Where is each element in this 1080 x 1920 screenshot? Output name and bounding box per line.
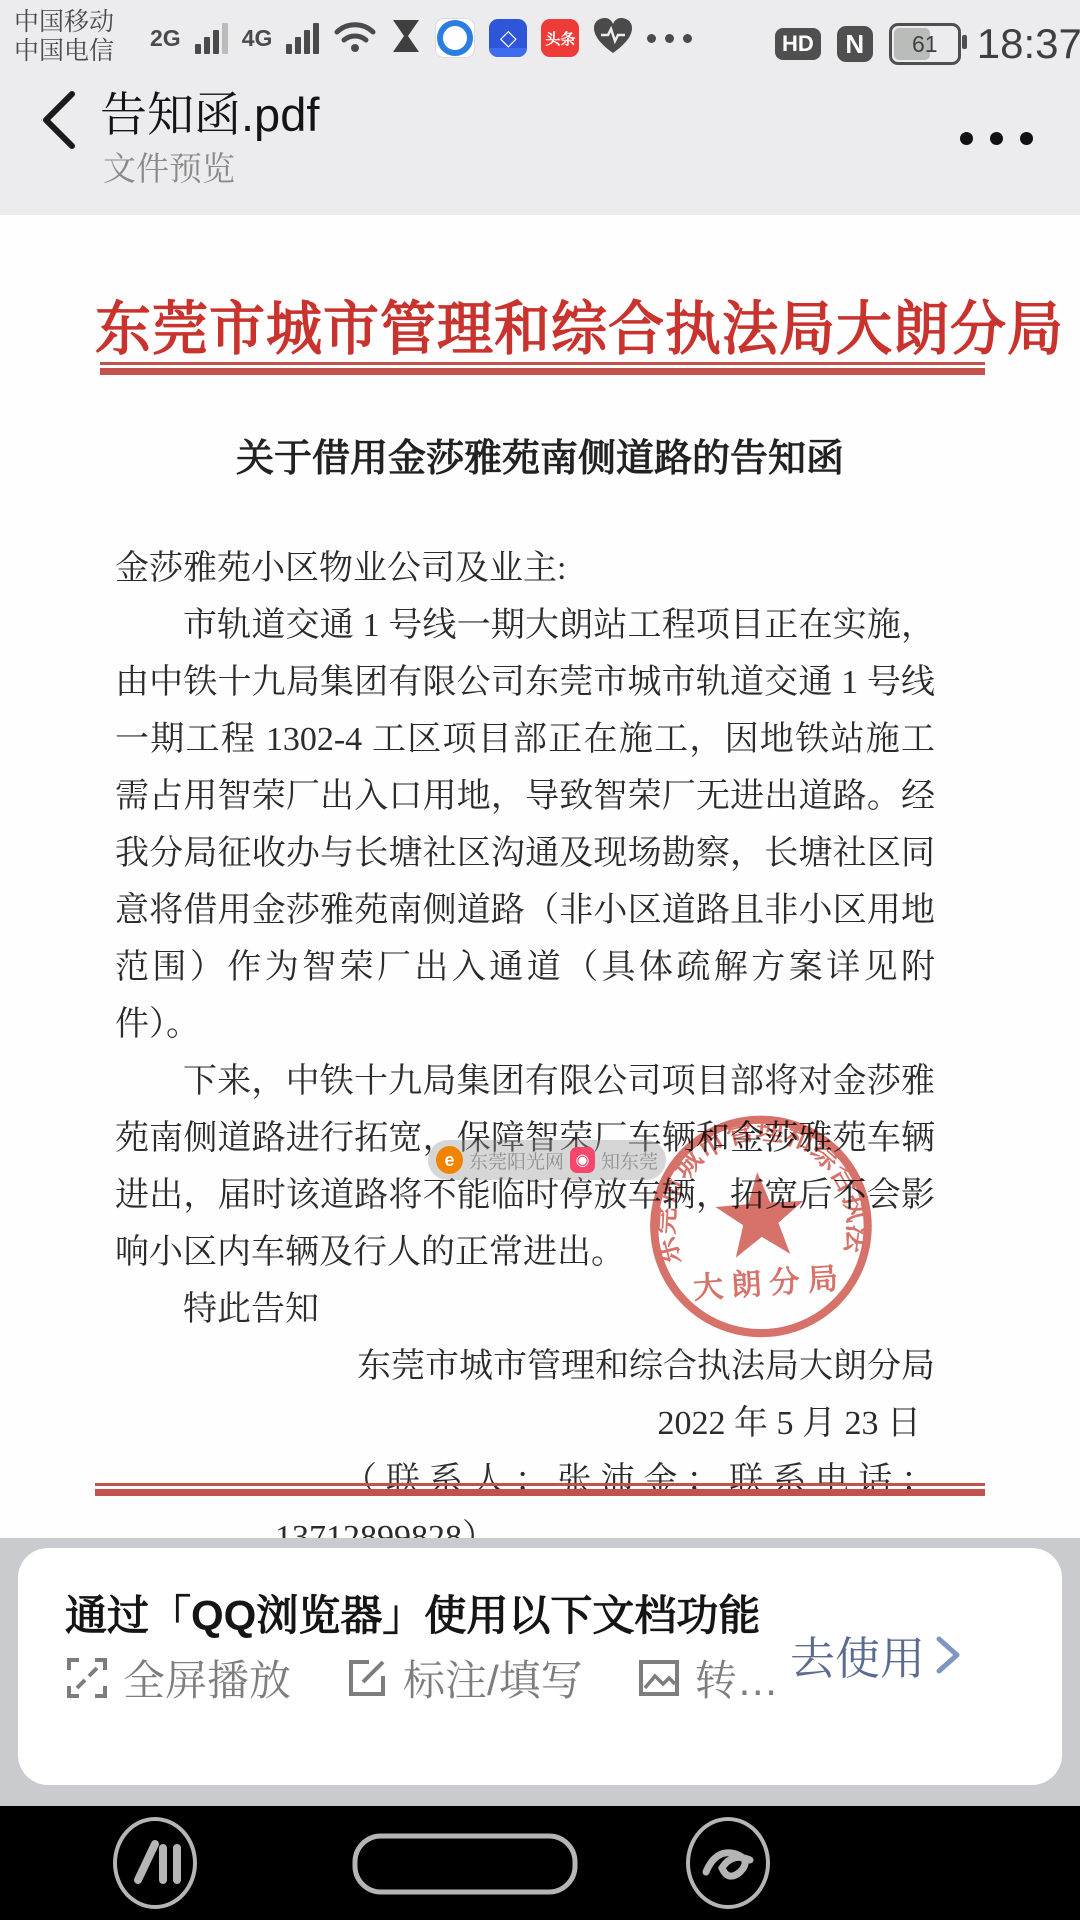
- signature-line: 东莞市城市管理和综合执法局大朗分局: [115, 1338, 935, 1395]
- nfc-icon: N: [837, 26, 873, 62]
- footer-divider-line: [95, 1483, 985, 1486]
- watermark-brand-1: 东莞阳光网: [469, 1147, 564, 1174]
- more-status-apps-icon: [647, 34, 692, 43]
- hourglass-icon: [391, 18, 421, 59]
- nav-recents-button[interactable]: [115, 1819, 195, 1907]
- convert-label: 转…: [695, 1648, 779, 1708]
- go-use-button[interactable]: 去使用: [790, 1622, 961, 1687]
- hd-voice-icon: HD: [775, 28, 821, 60]
- zhidongguan-eye-icon: ◉: [570, 1147, 595, 1173]
- paragraph-1: 市轨道交通 1 号线一期大朗站工程项目正在实施，由中铁十九局集团有限公司东莞市城…: [115, 597, 935, 1053]
- carrier-1: 中国移动: [14, 8, 114, 37]
- agency-banner: 东莞市城市管理和综合执法局大朗分局: [95, 283, 985, 367]
- annotate-fill-label: 标注/填写: [403, 1648, 583, 1708]
- convert-image-icon: [637, 1656, 681, 1700]
- carrier-names: 中国移动 中国电信: [14, 8, 114, 66]
- wifi-icon: [333, 18, 377, 59]
- fullscreen-play-label: 全屏播放: [123, 1648, 291, 1708]
- network-4g-label: 4G: [242, 25, 273, 52]
- annotate-fill-button[interactable]: 标注/填写: [345, 1648, 583, 1708]
- pdf-page: 东莞市城市管理和综合执法局大朗分局 关于借用金莎雅苑南侧道路的告知函 金莎雅苑小…: [0, 215, 1080, 1540]
- fullscreen-icon: [65, 1656, 109, 1700]
- document-title: 关于借用金莎雅苑南侧道路的告知函: [130, 427, 950, 482]
- document-body: 金莎雅苑小区物业公司及业主: 市轨道交通 1 号线一期大朗站工程项目正在实施，由…: [115, 540, 935, 1566]
- signal-bars-2g-icon: [195, 23, 228, 54]
- banner-divider-line: [100, 362, 985, 365]
- clock: 18:37: [977, 20, 1080, 68]
- battery-percent: 61: [912, 31, 938, 58]
- battery-indicator: 61: [889, 23, 961, 65]
- nav-home-pill-button[interactable]: [355, 1836, 575, 1892]
- back-button[interactable]: [38, 90, 80, 155]
- nav-eye-button[interactable]: [688, 1819, 768, 1907]
- salutation: 金莎雅苑小区物业公司及业主:: [115, 540, 935, 597]
- status-right-cluster: HD N 61 18:37: [775, 20, 1080, 68]
- file-title: 告知函.pdf: [100, 78, 319, 145]
- system-nav-bar: [0, 1806, 1080, 1920]
- fullscreen-play-button[interactable]: 全屏播放: [65, 1648, 291, 1708]
- carrier-2: 中国电信: [14, 37, 114, 66]
- blue-app-icon: ◇: [489, 19, 527, 57]
- file-preview-label: 文件预览: [103, 143, 235, 190]
- stamp-star-icon: [713, 1169, 807, 1259]
- annotate-icon: [345, 1656, 389, 1700]
- sunshine-net-logo-icon: e: [436, 1146, 463, 1174]
- document-feature-row: 全屏播放 标注/填写 转…: [65, 1648, 779, 1708]
- toutiao-app-icon: 头条: [541, 19, 579, 57]
- qq-browser-app-icon: [435, 18, 475, 58]
- bottom-sheet-title: 通过「QQ浏览器」使用以下文档功能: [65, 1583, 760, 1643]
- status-icons-row: 2G 4G ◇ 头条: [150, 12, 692, 64]
- more-menu-button[interactable]: [960, 132, 1033, 145]
- convert-button[interactable]: 转…: [637, 1648, 779, 1708]
- site-watermark: e 东莞阳光网 ◉ 知东莞: [428, 1140, 666, 1180]
- network-2g-label: 2G: [150, 25, 181, 52]
- health-heart-icon: [593, 17, 633, 60]
- status-and-header-bar: 中国移动 中国电信 2G 4G ◇: [0, 0, 1080, 215]
- chevron-right-icon: [935, 1635, 961, 1675]
- signal-bars-4g-icon: [286, 23, 319, 54]
- stamp-center-text: 大朗分局: [692, 1261, 847, 1306]
- official-red-stamp: 东莞市城市管理和综合执法 大朗分局: [637, 1100, 885, 1354]
- date-line: 2022 年 5 月 23 日: [115, 1395, 935, 1452]
- go-use-label: 去使用: [790, 1622, 925, 1687]
